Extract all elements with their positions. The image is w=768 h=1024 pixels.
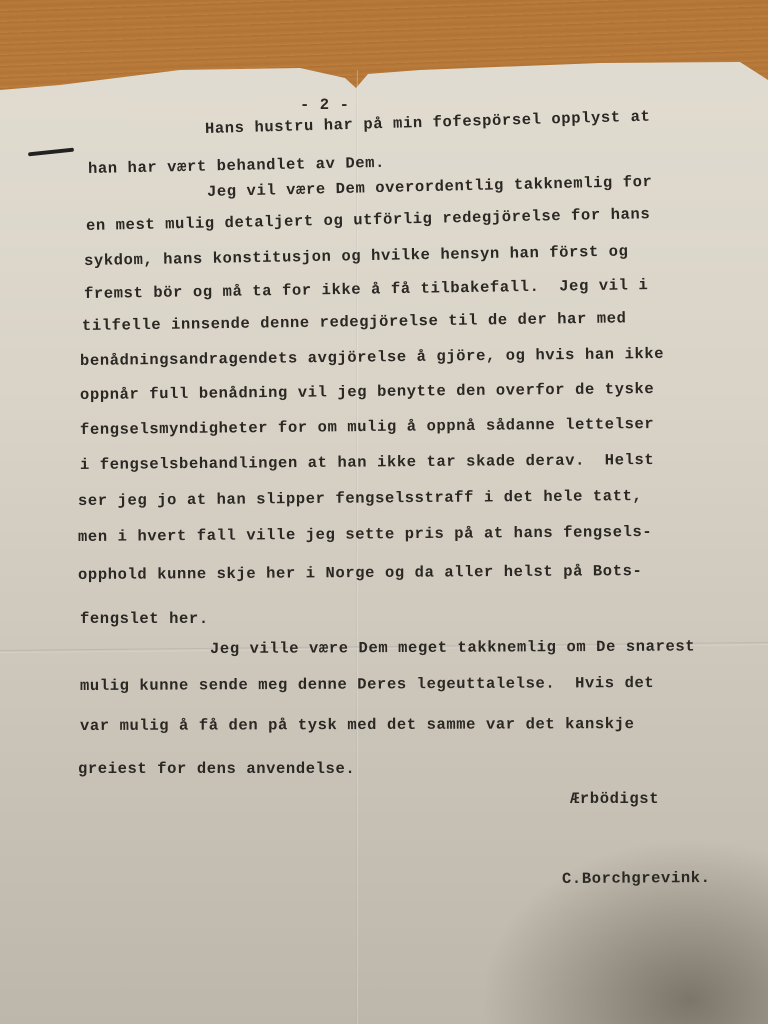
text-line: mulig kunne sende meg denne Deres legeut… [80, 674, 654, 695]
text-line: Jeg ville være Dem meget takknemlig om D… [210, 637, 695, 658]
text-line: fengslet her. [80, 610, 209, 628]
closing: Ærbödigst [570, 790, 659, 808]
text-line: var mulig å få den på tysk med det samme… [80, 715, 635, 735]
text-line: greiest for dens anvendelse. [78, 760, 355, 778]
page-number: - 2 - [300, 96, 350, 114]
signature: C.Borchgrevink. [562, 869, 711, 888]
